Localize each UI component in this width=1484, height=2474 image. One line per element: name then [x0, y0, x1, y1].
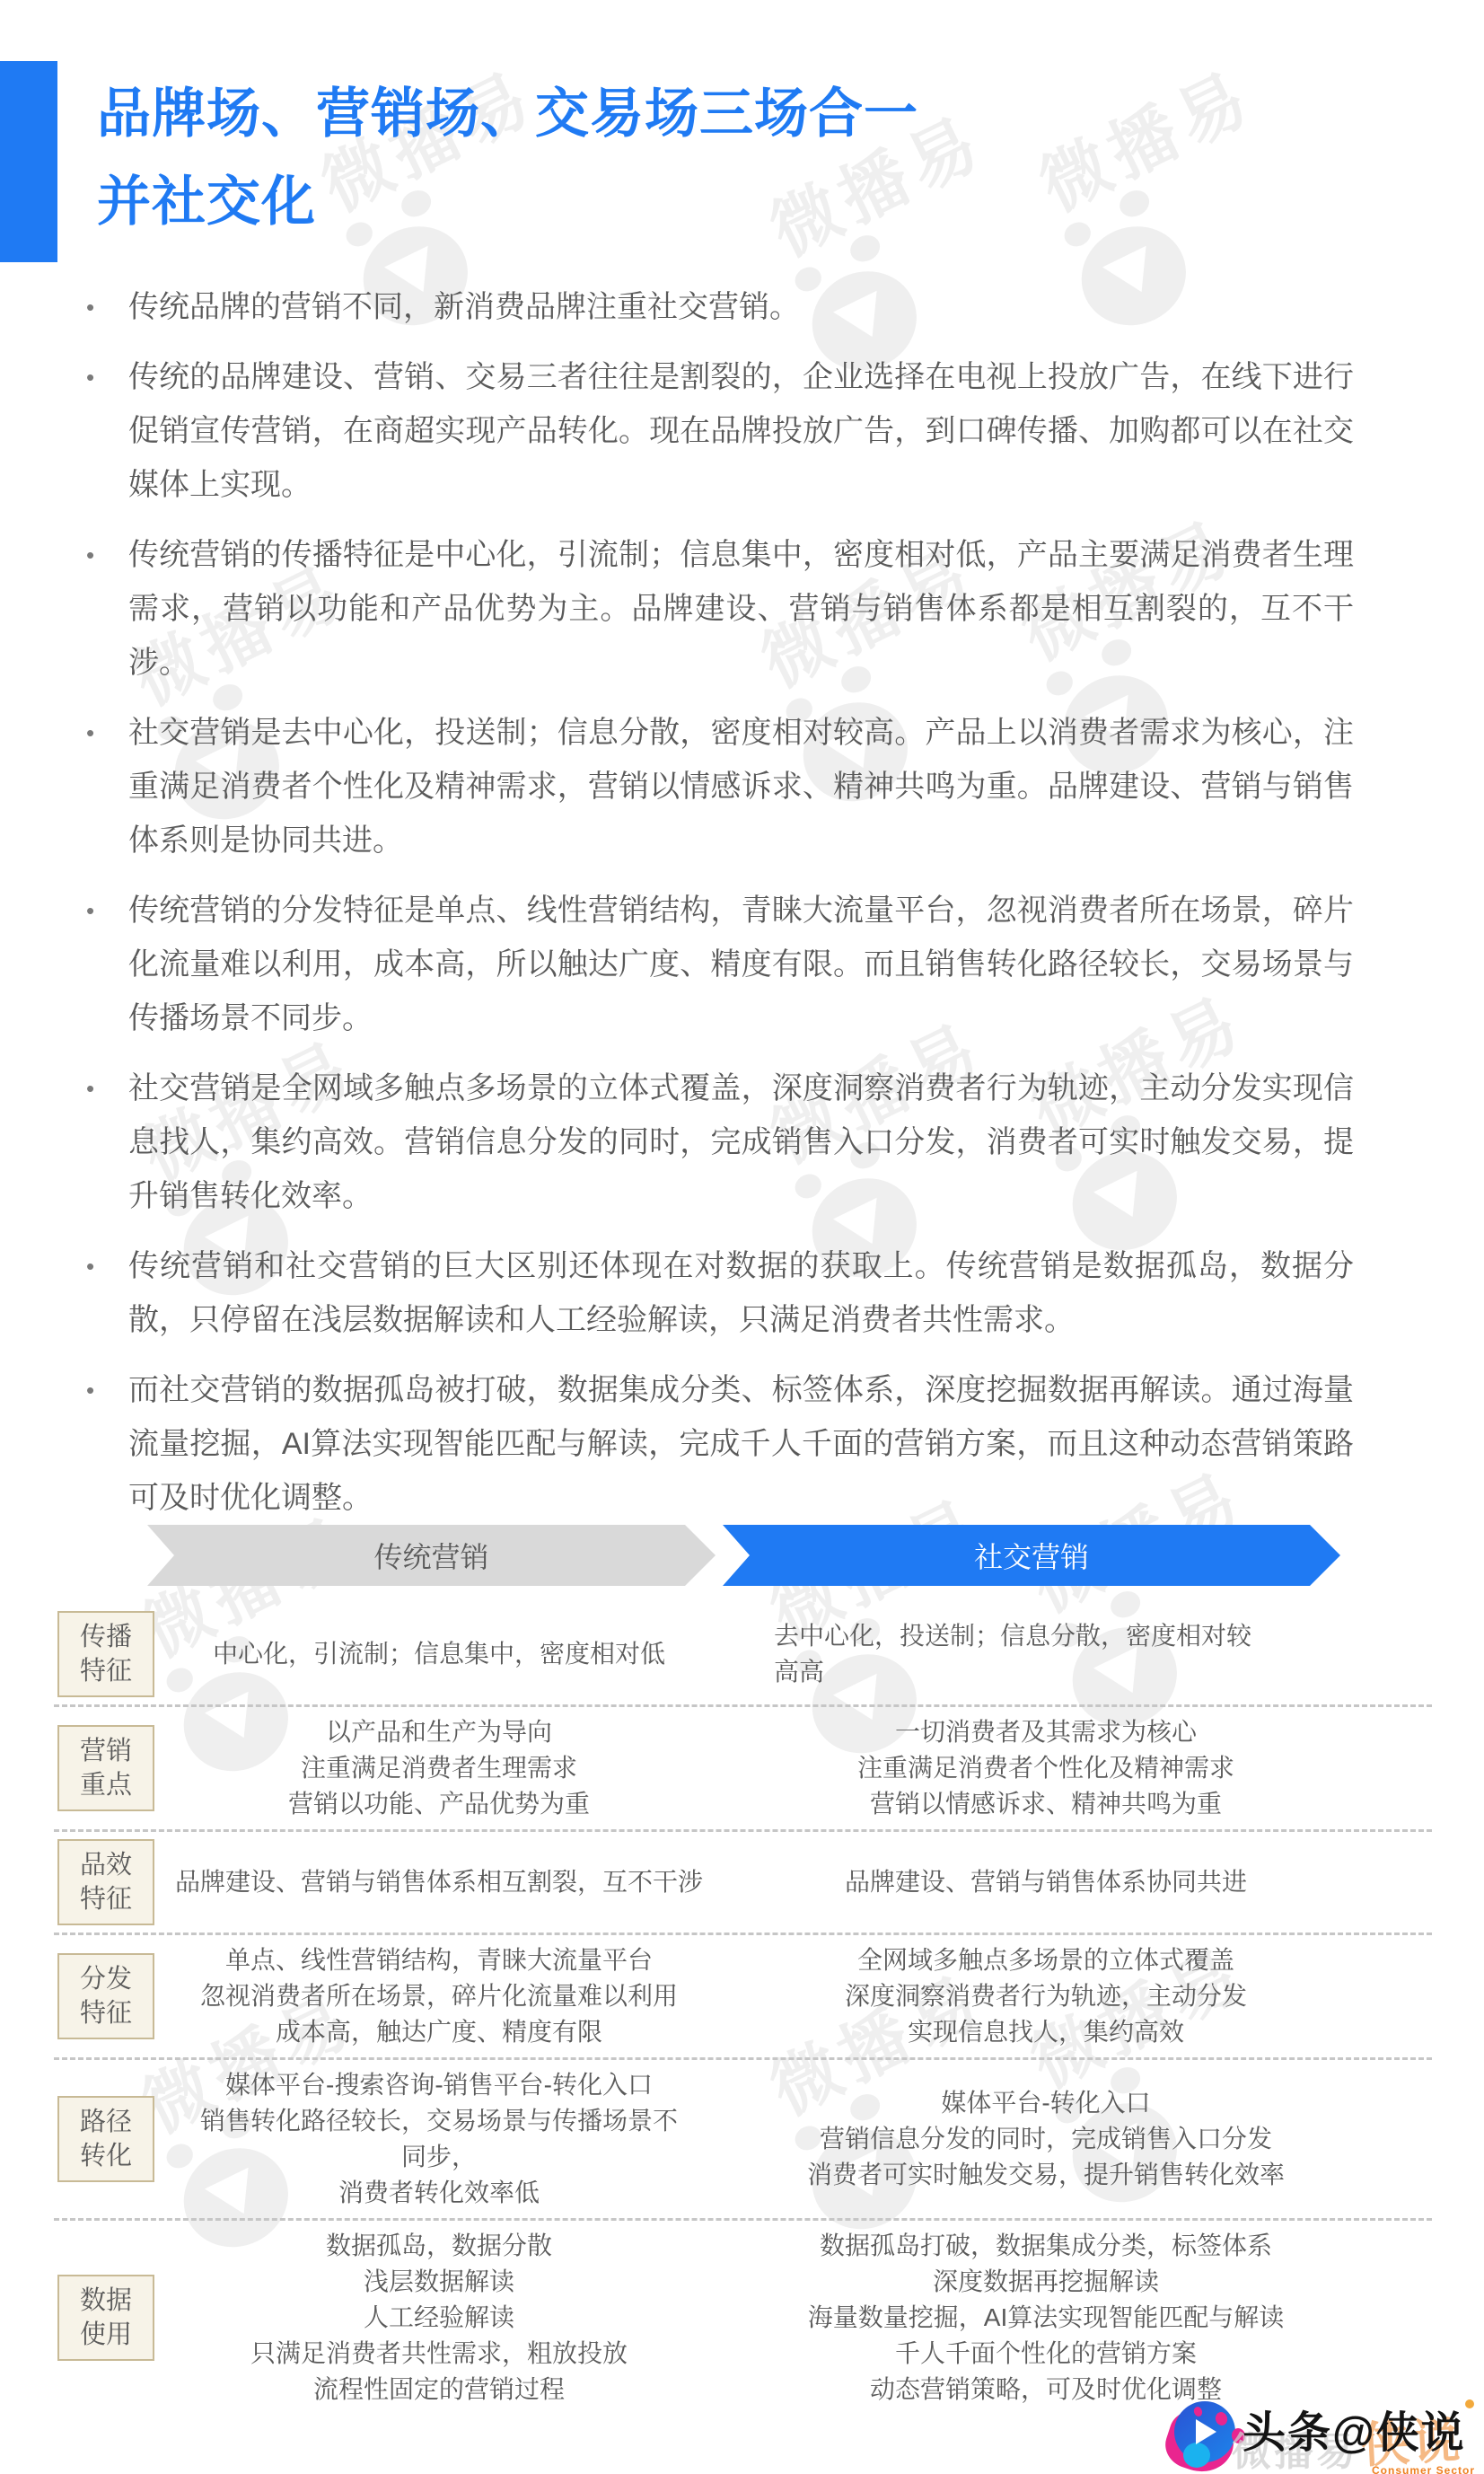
table-header-row: 传统营销 社交营销 — [54, 1525, 1432, 1586]
traditional-cell: 以产品和生产为导向 注重满足消费者生理需求 营销以功能、产品优势为重 — [165, 1714, 713, 1822]
bullet-text: 传统品牌的营销不同，新消费品牌注重社交营销。 — [128, 280, 1354, 334]
bullet-text: 而社交营销的数据孤岛被打破，数据集成分类、标签体系，深度挖掘数据再解读。通过海量… — [128, 1363, 1354, 1525]
bullet-text: 传统的品牌建设、营销、交易三者往往是割裂的，企业选择在电视上投放广告，在线下进行… — [128, 350, 1354, 512]
table-row: 传播 特征 中心化，引流制；信息集中，密度相对低 去中心化，投送制；信息分散，密… — [54, 1604, 1432, 1707]
title-accent-bar — [0, 61, 57, 262]
table-row: 路径 转化 媒体平台-搜索咨询-销售平台-转化入口 销售转化路径较长，交易场景与… — [54, 2060, 1432, 2221]
bullet-text: 传统营销的传播特征是中心化，引流制；信息集中，密度相对低，产品主要满足消费者生理… — [128, 528, 1354, 690]
row-label: 品效 特征 — [57, 1839, 154, 1925]
list-item: •传统营销的分发特征是单点、线性营销结构，青睐大流量平台，忽视消费者所在场景，碎… — [86, 884, 1354, 1045]
bullet-text: 传统营销和社交营销的巨大区别还体现在对数据的获取上。传统营销是数据孤岛，数据分散… — [128, 1239, 1354, 1347]
row-label: 营销 重点 — [57, 1725, 154, 1811]
list-item: •传统营销和社交营销的巨大区别还体现在对数据的获取上。传统营销是数据孤岛，数据分… — [86, 1239, 1354, 1347]
social-cell: 媒体平台-转化入口 营销信息分发的同时，完成销售入口分发 消费者可实时触发交易，… — [754, 2085, 1338, 2193]
row-label: 数据 使用 — [57, 2275, 154, 2361]
social-cell: 全网域多触点多场景的立体式覆盖 深度洞察消费者行为轨迹，主动分发 实现信息找人，… — [754, 1942, 1338, 2050]
social-cell: 一切消费者及其需求为核心 注重满足消费者个性化及精神需求 营销以情感诉求、精神共… — [754, 1714, 1338, 1822]
social-marketing-arrow: 社交营销 — [723, 1525, 1340, 1586]
bullet-dot-icon: • — [86, 280, 128, 334]
traditional-marketing-arrow: 传统营销 — [147, 1525, 716, 1586]
footer-credit-text: 头条@侠说 — [1243, 2398, 1466, 2460]
table-row: 营销 重点 以产品和生产为导向 注重满足消费者生理需求 营销以功能、产品优势为重… — [54, 1707, 1432, 1832]
footer-overlay-subtext: Consumer Sector — [1372, 2464, 1475, 2474]
list-item: •而社交营销的数据孤岛被打破，数据集成分类、标签体系，深度挖掘数据再解读。通过海… — [86, 1363, 1354, 1525]
list-item: •传统品牌的营销不同，新消费品牌注重社交营销。 — [86, 280, 1354, 334]
bullet-dot-icon: • — [86, 1239, 128, 1347]
play-triangle-icon — [1196, 2419, 1216, 2444]
bullet-dot-icon: • — [86, 706, 128, 867]
social-cell: 品牌建设、营销与销售体系协同共进 — [754, 1864, 1338, 1900]
bullet-text: 社交营销是去中心化，投送制；信息分散，密度相对较高。产品上以消费者需求为核心，注… — [128, 706, 1354, 867]
traditional-cell: 品牌建设、营销与销售体系相互割裂，互不干涉 — [165, 1864, 713, 1900]
social-cell: 去中心化，投送制；信息分散，密度相对较 高高 — [754, 1618, 1338, 1690]
page-title-line1: 品牌场、营销场、交易场三场合一 — [97, 70, 918, 158]
orange-star-icon — [1465, 2399, 1474, 2408]
bullet-dot-icon: • — [86, 350, 128, 512]
bullet-text: 社交营销是全网域多触点多场景的立体式覆盖，深度洞察消费者行为轨迹，主动分发实现信… — [128, 1061, 1354, 1223]
traditional-cell: 媒体平台-搜索咨询-销售平台-转化入口 销售转化路径较长，交易场景与传播场景不 … — [165, 2067, 713, 2211]
bullet-list: •传统品牌的营销不同，新消费品牌注重社交营销。 •传统的品牌建设、营销、交易三者… — [86, 280, 1354, 1541]
bullet-dot-icon: • — [86, 528, 128, 690]
table-row: 品效 特征 品牌建设、营销与销售体系相互割裂，互不干涉 品牌建设、营销与销售体系… — [54, 1832, 1432, 1935]
traditional-cell: 中心化，引流制；信息集中，密度相对低 — [165, 1636, 713, 1672]
table-row: 分发 特征 单点、线性营销结构，青睐大流量平台 忽视消费者所在场景，碎片化流量难… — [54, 1935, 1432, 2060]
page-title-line2: 并社交化 — [97, 158, 918, 246]
row-label: 分发 特征 — [57, 1953, 154, 2039]
footer: 侠说 微播易 头条@侠说 Consumer Sector — [1167, 2378, 1484, 2474]
bullet-dot-icon: • — [86, 884, 128, 1045]
bullet-dot-icon: • — [86, 1363, 128, 1525]
bullet-text: 传统营销的分发特征是单点、线性营销结构，青睐大流量平台，忽视消费者所在场景，碎片… — [128, 884, 1354, 1045]
row-label: 路径 转化 — [57, 2096, 154, 2182]
traditional-cell: 单点、线性营销结构，青睐大流量平台 忽视消费者所在场景，碎片化流量难以利用 成本… — [165, 1942, 713, 2050]
list-item: •传统的品牌建设、营销、交易三者往往是割裂的，企业选择在电视上投放广告，在线下进… — [86, 350, 1354, 512]
traditional-cell: 数据孤岛，数据分散 浅层数据解读 人工经验解读 只满足消费者共性需求，粗放投放 … — [165, 2228, 713, 2408]
list-item: •传统营销的传播特征是中心化，引流制；信息集中，密度相对低，产品主要满足消费者生… — [86, 528, 1354, 690]
page-title: 品牌场、营销场、交易场三场合一 并社交化 — [97, 70, 918, 246]
bullet-dot-icon: • — [86, 1061, 128, 1223]
play-button-logo-icon — [1169, 2401, 1241, 2473]
list-item: •社交营销是去中心化，投送制；信息分散，密度相对较高。产品上以消费者需求为核心，… — [86, 706, 1354, 867]
comparison-table: 传统营销 社交营销 传播 特征 中心化，引流制；信息集中，密度相对低 去中心化，… — [54, 1525, 1432, 2415]
list-item: •社交营销是全网域多触点多场景的立体式覆盖，深度洞察消费者行为轨迹，主动分发实现… — [86, 1061, 1354, 1223]
row-label: 传播 特征 — [57, 1611, 154, 1697]
